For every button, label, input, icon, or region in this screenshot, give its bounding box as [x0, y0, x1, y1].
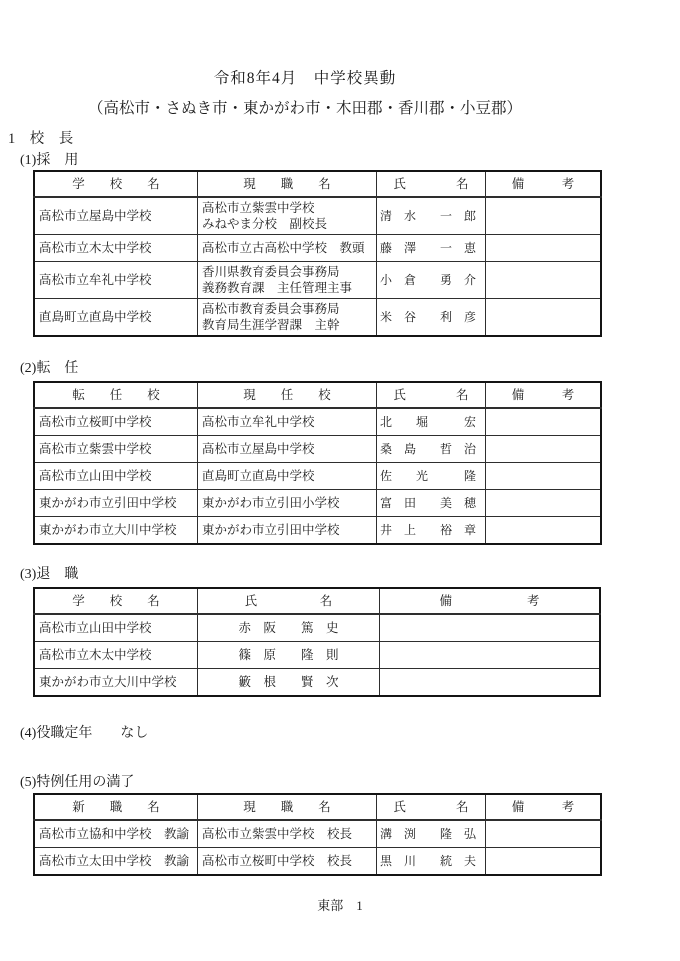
table-row: 高松市立木太中学校篠 原 隆 則 [34, 642, 600, 669]
table-cell: 藤 澤 一 恵 [377, 235, 486, 262]
table-cell [486, 848, 602, 876]
table-cell [486, 299, 602, 337]
table-cell: 井 上 裕 章 [377, 517, 486, 545]
table-cell: 香川県教育委員会事務局義務教育課 主任管理主事 [198, 262, 377, 299]
column-header: 氏 名 [377, 171, 486, 197]
subsection-heading-transfer: (2)転 任 [20, 357, 78, 377]
table-row: 高松市立桜町中学校高松市立牟礼中学校北 堀 宏 [34, 408, 601, 436]
column-header: 新 職 名 [34, 794, 198, 820]
table-row: 高松市立紫雲中学校高松市立屋島中学校桑 島 哲 治 [34, 436, 601, 463]
table-cell: 高松市立桜町中学校 校長 [198, 848, 377, 876]
document-subtitle: （高松市・さぬき市・東かがわ市・木田郡・香川郡・小豆郡） [0, 96, 610, 118]
table-cell: 直島町立直島中学校 [198, 463, 377, 490]
table-row: 高松市立屋島中学校高松市立紫雲中学校みねやま分校 副校長清 水 一 郎 [34, 197, 601, 235]
header-row: 学 校 名現 職 名氏 名備 考 [34, 171, 601, 197]
table-cell [486, 463, 602, 490]
table-cell [486, 436, 602, 463]
column-header: 備 考 [486, 794, 602, 820]
table-cell [486, 517, 602, 545]
table-row: 直島町立直島中学校高松市教育委員会事務局教育局生涯学習課 主幹米 谷 利 彦 [34, 299, 601, 337]
table-cell [486, 820, 602, 848]
table-row: 東かがわ市立大川中学校東かがわ市立引田中学校井 上 裕 章 [34, 517, 601, 545]
table-cell: 赤 阪 篤 史 [198, 614, 380, 642]
subsection-heading-mandatory-retirement: (4)役職定年 なし [20, 722, 148, 742]
subsection-heading-retirement: (3)退 職 [20, 563, 78, 583]
table-cell: 高松市立紫雲中学校みねやま分校 副校長 [198, 197, 377, 235]
table-cell [380, 614, 601, 642]
header-row: 新 職 名現 職 名氏 名備 考 [34, 794, 601, 820]
table-cell [486, 197, 602, 235]
table-cell: 高松市立紫雲中学校 [34, 436, 198, 463]
special-appointment-table: 新 職 名現 職 名氏 名備 考高松市立協和中学校 教諭高松市立紫雲中学校 校長… [33, 793, 602, 876]
table-cell: 東かがわ市立大川中学校 [34, 669, 198, 697]
transfer-table: 転 任 校現 任 校氏 名備 考高松市立桜町中学校高松市立牟礼中学校北 堀 宏高… [33, 381, 602, 545]
table-cell: 籔 根 賢 次 [198, 669, 380, 697]
header-row: 転 任 校現 任 校氏 名備 考 [34, 382, 601, 408]
column-header: 氏 名 [377, 382, 486, 408]
table-row: 高松市立牟礼中学校香川県教育委員会事務局義務教育課 主任管理主事小 倉 勇 介 [34, 262, 601, 299]
page-footer: 東部 1 [0, 895, 680, 914]
table-cell: 高松市立太田中学校 教諭 [34, 848, 198, 876]
table-cell: 清 水 一 郎 [377, 197, 486, 235]
table-cell: 東かがわ市立大川中学校 [34, 517, 198, 545]
column-header: 学 校 名 [34, 588, 198, 614]
table-cell: 桑 島 哲 治 [377, 436, 486, 463]
table-cell [380, 642, 601, 669]
column-header: 学 校 名 [34, 171, 198, 197]
table-cell: 東かがわ市立引田中学校 [34, 490, 198, 517]
table-cell: 高松市立協和中学校 教諭 [34, 820, 198, 848]
table-row: 高松市立山田中学校直島町立直島中学校佐 光 隆 [34, 463, 601, 490]
table-cell: 高松市立牟礼中学校 [34, 262, 198, 299]
table-cell: 溝 渕 隆 弘 [377, 820, 486, 848]
table-row: 高松市立山田中学校赤 阪 篤 史 [34, 614, 600, 642]
table-row: 東かがわ市立大川中学校籔 根 賢 次 [34, 669, 600, 697]
column-header: 備 考 [380, 588, 601, 614]
table-cell: 篠 原 隆 則 [198, 642, 380, 669]
table-cell: 高松市立屋島中学校 [34, 197, 198, 235]
table-row: 高松市立協和中学校 教諭高松市立紫雲中学校 校長溝 渕 隆 弘 [34, 820, 601, 848]
column-header: 氏 名 [377, 794, 486, 820]
table-cell [380, 669, 601, 697]
section-heading-principal: 1 校 長 [8, 127, 73, 148]
table-row: 高松市立木太中学校高松市立古高松中学校 教頭藤 澤 一 恵 [34, 235, 601, 262]
table-cell: 高松市立牟礼中学校 [198, 408, 377, 436]
table-cell: 富 田 美 穂 [377, 490, 486, 517]
table-cell: 東かがわ市立引田小学校 [198, 490, 377, 517]
table-cell: 高松市教育委員会事務局教育局生涯学習課 主幹 [198, 299, 377, 337]
table-cell: 高松市立屋島中学校 [198, 436, 377, 463]
column-header: 現 任 校 [198, 382, 377, 408]
hiring-table: 学 校 名現 職 名氏 名備 考高松市立屋島中学校高松市立紫雲中学校みねやま分校… [33, 170, 602, 337]
table-cell [486, 262, 602, 299]
column-header: 備 考 [486, 382, 602, 408]
column-header: 氏 名 [198, 588, 380, 614]
table-cell: 直島町立直島中学校 [34, 299, 198, 337]
header-row: 学 校 名氏 名備 考 [34, 588, 600, 614]
table-cell: 米 谷 利 彦 [377, 299, 486, 337]
table-row: 高松市立太田中学校 教諭高松市立桜町中学校 校長黒 川 統 夫 [34, 848, 601, 876]
table-cell: 高松市立桜町中学校 [34, 408, 198, 436]
document-page: 令和8年4月 中学校異動 （高松市・さぬき市・東かがわ市・木田郡・香川郡・小豆郡… [0, 0, 680, 961]
table-cell: 北 堀 宏 [377, 408, 486, 436]
table-cell: 高松市立山田中学校 [34, 614, 198, 642]
table-cell: 高松市立木太中学校 [34, 235, 198, 262]
table-cell: 黒 川 統 夫 [377, 848, 486, 876]
table-cell: 東かがわ市立引田中学校 [198, 517, 377, 545]
table-cell: 高松市立山田中学校 [34, 463, 198, 490]
table-cell: 高松市立木太中学校 [34, 642, 198, 669]
table-cell: 高松市立古高松中学校 教頭 [198, 235, 377, 262]
subsection-heading-special-appointment: (5)特例任用の満了 [20, 771, 134, 791]
table-cell: 高松市立紫雲中学校 校長 [198, 820, 377, 848]
table-cell [486, 235, 602, 262]
column-header: 転 任 校 [34, 382, 198, 408]
table-cell [486, 490, 602, 517]
document-title: 令和8年4月 中学校異動 [0, 66, 610, 88]
column-header: 備 考 [486, 171, 602, 197]
table-cell [486, 408, 602, 436]
column-header: 現 職 名 [198, 794, 377, 820]
table-cell: 佐 光 隆 [377, 463, 486, 490]
retirement-table: 学 校 名氏 名備 考高松市立山田中学校赤 阪 篤 史高松市立木太中学校篠 原 … [33, 587, 601, 697]
table-cell: 小 倉 勇 介 [377, 262, 486, 299]
table-row: 東かがわ市立引田中学校東かがわ市立引田小学校富 田 美 穂 [34, 490, 601, 517]
subsection-heading-hiring: (1)採 用 [20, 149, 78, 169]
column-header: 現 職 名 [198, 171, 377, 197]
